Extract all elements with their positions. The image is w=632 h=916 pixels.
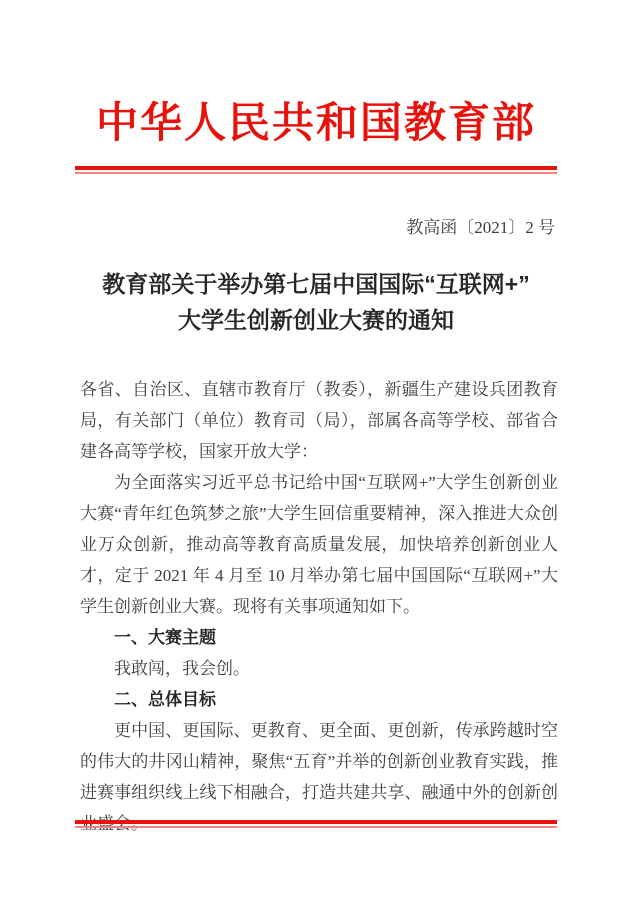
ministry-header-title: 中华人民共和国教育部 [0, 94, 632, 154]
footer-divider-thin-line [75, 826, 557, 828]
intro-paragraph: 为全面落实习近平总书记给中国“互联网+”大学生创新创业大赛“青年红色筑梦之旅”大… [80, 467, 558, 622]
footer-red-divider [75, 820, 557, 828]
header-red-divider [75, 166, 557, 174]
recipients-paragraph: 各省、自治区、直辖市教育厅（教委），新疆生产建设兵团教育局，有关部门（单位）教育… [80, 374, 558, 467]
document-body: 各省、自治区、直辖市教育厅（教委），新疆生产建设兵团教育局，有关部门（单位）教育… [0, 374, 632, 839]
footer-divider-thick-line [75, 820, 557, 824]
divider-thin-line [75, 172, 557, 174]
section-2-heading: 二、总体目标 [80, 684, 558, 715]
document-title: 教育部关于举办第七届中国国际“互联网+” 大学生创新创业大赛的通知 [0, 266, 632, 338]
document-title-line1: 教育部关于举办第七届中国国际“互联网+” [0, 266, 632, 302]
divider-thick-line [75, 166, 557, 170]
document-number: 教高函〔2021〕2 号 [0, 216, 632, 240]
document-title-line2: 大学生创新创业大赛的通知 [0, 302, 632, 338]
section-1-heading: 一、大赛主题 [80, 622, 558, 653]
section-1-text: 我敢闯，我会创。 [80, 653, 558, 684]
document-page: 中华人民共和国教育部 教高函〔2021〕2 号 教育部关于举办第七届中国国际“互… [0, 0, 632, 916]
